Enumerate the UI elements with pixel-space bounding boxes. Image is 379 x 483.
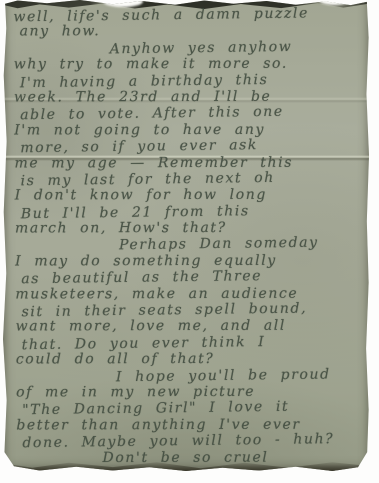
handwritten-line: Perhaps Dan someday	[119, 235, 363, 255]
handwritten-line: I hope you'll be proud	[116, 366, 364, 386]
letter-photo: well, life's such a damn puzzle any how.…	[0, 0, 379, 483]
letter-page: well, life's such a damn puzzle any how.…	[3, 0, 369, 471]
handwritten-line: Anyhow yes anyhow	[110, 38, 362, 58]
handwritten-line: any how.	[20, 23, 362, 40]
handwritten-text: well, life's such a damn puzzle any how.…	[13, 6, 364, 467]
handwritten-line: could do all of that?	[16, 351, 364, 368]
handwritten-line: more, so if you ever ask	[20, 136, 362, 157]
